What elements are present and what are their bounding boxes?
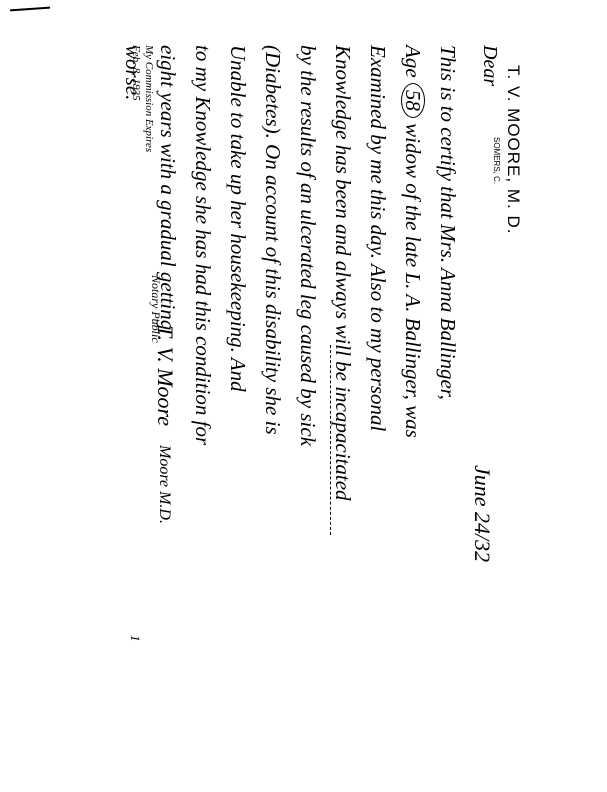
- notary-block: My Commission Expires Feb. 8, 1935: [129, 45, 155, 152]
- body-line: This is to certify that Mrs. Anna Ballin…: [430, 45, 465, 665]
- body-line: (Diabetes). On account of this disabilit…: [255, 45, 290, 665]
- body-line: by the results of an ulcerated leg cause…: [290, 45, 325, 665]
- age-label: Age: [401, 45, 425, 83]
- signature-title: Moore M.D.: [155, 445, 173, 524]
- rotated-letter: T. V. MOORE, M. D. SOMERS, C. Dear June …: [83, 45, 523, 685]
- underline-mark: [330, 345, 331, 535]
- salutation: Dear: [478, 45, 501, 86]
- body-line: Unable to take up her housekeeping. And: [220, 45, 255, 665]
- letterhead-location: SOMERS, C.: [492, 137, 501, 184]
- document-page: T. V. MOORE, M. D. SOMERS, C. Dear June …: [0, 0, 607, 792]
- body-line: Age 58 widow of the late L. A. Ballinger…: [395, 45, 430, 665]
- notary-line: Feb. 8, 1935: [129, 45, 142, 152]
- body-line: to my Knowledge she has had this conditi…: [185, 45, 220, 665]
- body-line-rest: widow of the late L. A. Ballinger, was: [401, 118, 425, 438]
- letter-date: June 24/32: [469, 465, 495, 562]
- page-number: 1: [127, 635, 143, 642]
- body-line: Examined by me this day. Also to my pers…: [360, 45, 395, 665]
- letterhead-name: T. V. MOORE, M. D.: [503, 65, 523, 234]
- notary-line: My Commission Expires: [142, 45, 155, 152]
- signature: T. V. Moore: [152, 325, 178, 426]
- age-circled: 58: [401, 83, 425, 118]
